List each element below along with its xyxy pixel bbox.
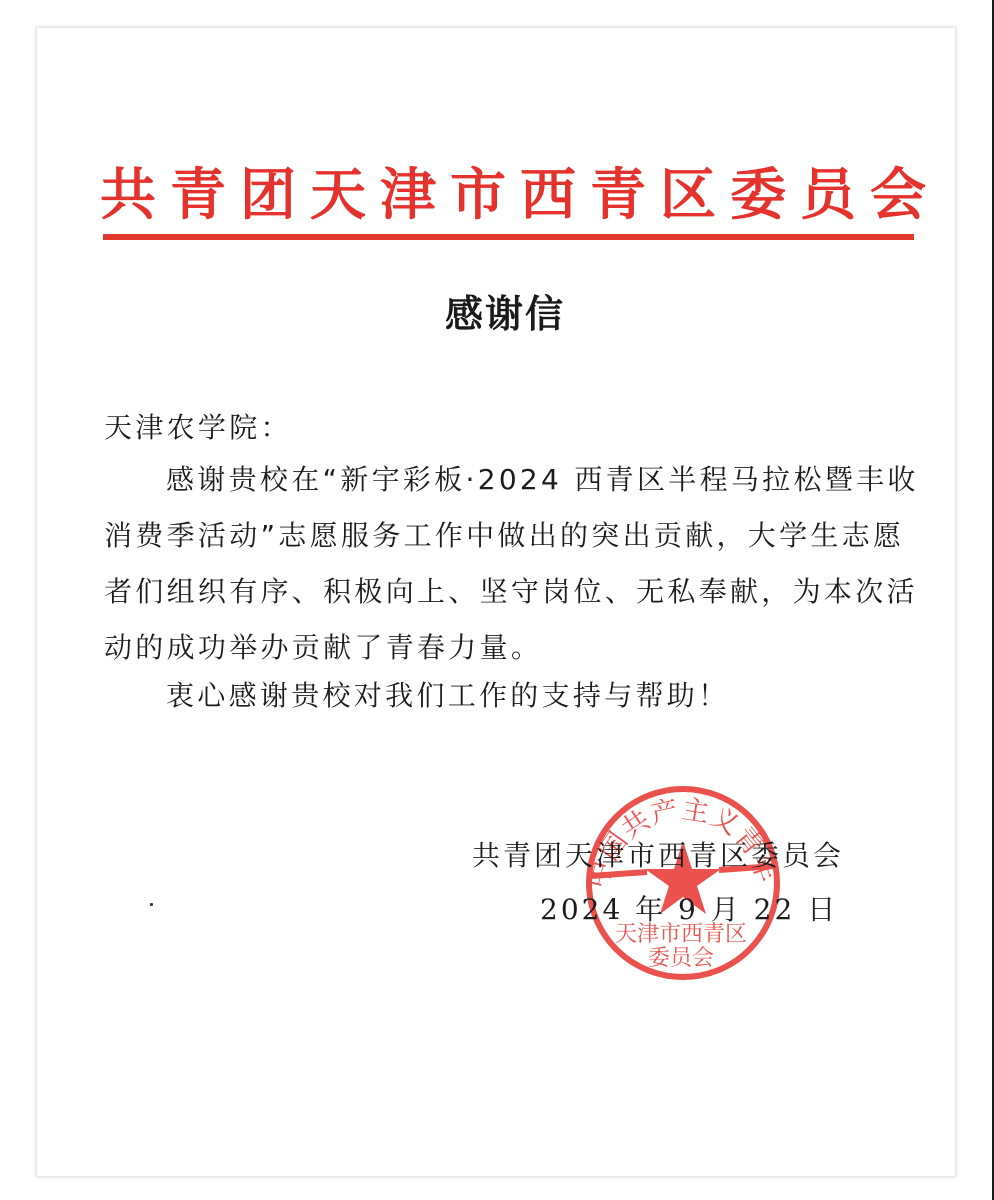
- body-paragraph-1: 感谢贵校在“新宇彩板·2024 西青区半程马拉松暨丰收 消费季活动”志愿服务工作…: [104, 452, 914, 676]
- seal-bottom-text-2: 委员会: [648, 946, 714, 971]
- signature-date: 2024 年 9 月 22 日: [540, 890, 838, 930]
- paragraph-line: 消费季活动”志愿服务工作中做出的突出贡献，大学生志愿: [104, 508, 914, 564]
- signature-organization: 共青团天津市西青区委员会: [472, 836, 844, 876]
- official-seal-icon: 中国共产主义青年团 天津市西青区 委员会: [577, 783, 787, 983]
- letterhead-red-rule: [103, 234, 914, 240]
- paragraph-line: 衷心感谢贵校对我们工作的支持与帮助！: [104, 668, 914, 724]
- paragraph-line: 感谢贵校在“新宇彩板·2024 西青区半程马拉松暨丰收: [104, 452, 914, 508]
- paragraph-line: 者们组织有序、积极向上、坚守岗位、无私奉献，为本次活: [104, 564, 914, 620]
- document-title: 感谢信: [380, 284, 630, 344]
- salutation: 天津农学院：: [104, 400, 914, 456]
- scan-speck: [150, 903, 153, 906]
- letterhead-organization: 共青团天津市西青区委员会: [100, 160, 920, 230]
- body-paragraph-2: 衷心感谢贵校对我们工作的支持与帮助！: [104, 668, 914, 724]
